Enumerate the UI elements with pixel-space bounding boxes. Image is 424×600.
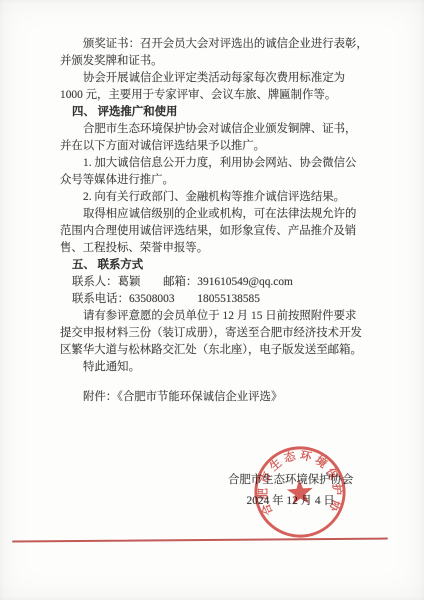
doc-line: 协会开展诚信企业评定类活动每家每次费用标准定为	[60, 70, 372, 87]
doc-line: 1000 元，主要用于专家评审、会议车旅、牌匾制作等。	[60, 87, 372, 104]
doc-line: 附件：《合肥市节能环保诚信企业评选》	[60, 389, 372, 406]
doc-line: 并颁发奖牌和证书。	[60, 53, 372, 70]
doc-line: 众号等媒体进行推广。	[60, 172, 372, 189]
scanned-notice-page: 颁奖证书：召开会员大会对评选出的诚信企业进行表彰，并颁发奖牌和证书。协会开展诚信…	[0, 0, 424, 600]
doc-line: 请有参评意愿的会员单位于 12 月 15 日前按照附件要求	[60, 308, 372, 325]
doc-line: 四、 评选推广和使用	[60, 104, 372, 121]
doc-line: 取得相应诚信级别的企业或机构，可在法律法规允许的	[60, 206, 372, 223]
seal-arc-text: 合肥市生态环境保护协会	[248, 440, 347, 523]
doc-line: 范围内合理使用诚信评选结果，如形象宣传、产品推介及销	[60, 223, 372, 240]
doc-line	[60, 376, 372, 389]
document-body: 颁奖证书：召开会员大会对评选出的诚信企业进行表彰，并颁发奖牌和证书。协会开展诚信…	[60, 36, 372, 406]
doc-line: 并在以下方面对诚信评选结果予以推广。	[60, 138, 372, 155]
doc-line: 联系电话：63508003 18055138585	[60, 291, 372, 308]
doc-line: 提交申报材料三份（装订成册），寄送至合肥市经济技术开发	[60, 325, 372, 342]
doc-line: 联系人：葛颖 邮箱：391610549@qq.com	[60, 274, 372, 291]
doc-line: 特此通知。	[60, 359, 372, 376]
doc-line: 颁奖证书：召开会员大会对评选出的诚信企业进行表彰，	[60, 36, 372, 53]
doc-line: 区繁华大道与松林路交汇处（东北座），电子版发送至邮箱。	[60, 342, 372, 359]
seal-star-icon	[286, 478, 314, 505]
svg-text:合肥市生态环境保护协会: 合肥市生态环境保护协会	[248, 440, 347, 523]
red-divider-line	[12, 538, 388, 543]
official-seal: 合肥市生态环境保护协会	[248, 440, 353, 545]
doc-line: 1. 加大诚信信息公开力度，利用协会网站、协会微信公	[60, 155, 372, 172]
doc-line: 合肥市生态环境保护协会对诚信企业颁发铜牌、证书，	[60, 121, 372, 138]
doc-line: 2. 向有关行政部门、金融机构等推介诚信评选结果。	[60, 189, 372, 206]
doc-line: 售、工程投标、荣誉申报等。	[60, 240, 372, 257]
doc-line: 五、 联系方式	[60, 257, 372, 274]
